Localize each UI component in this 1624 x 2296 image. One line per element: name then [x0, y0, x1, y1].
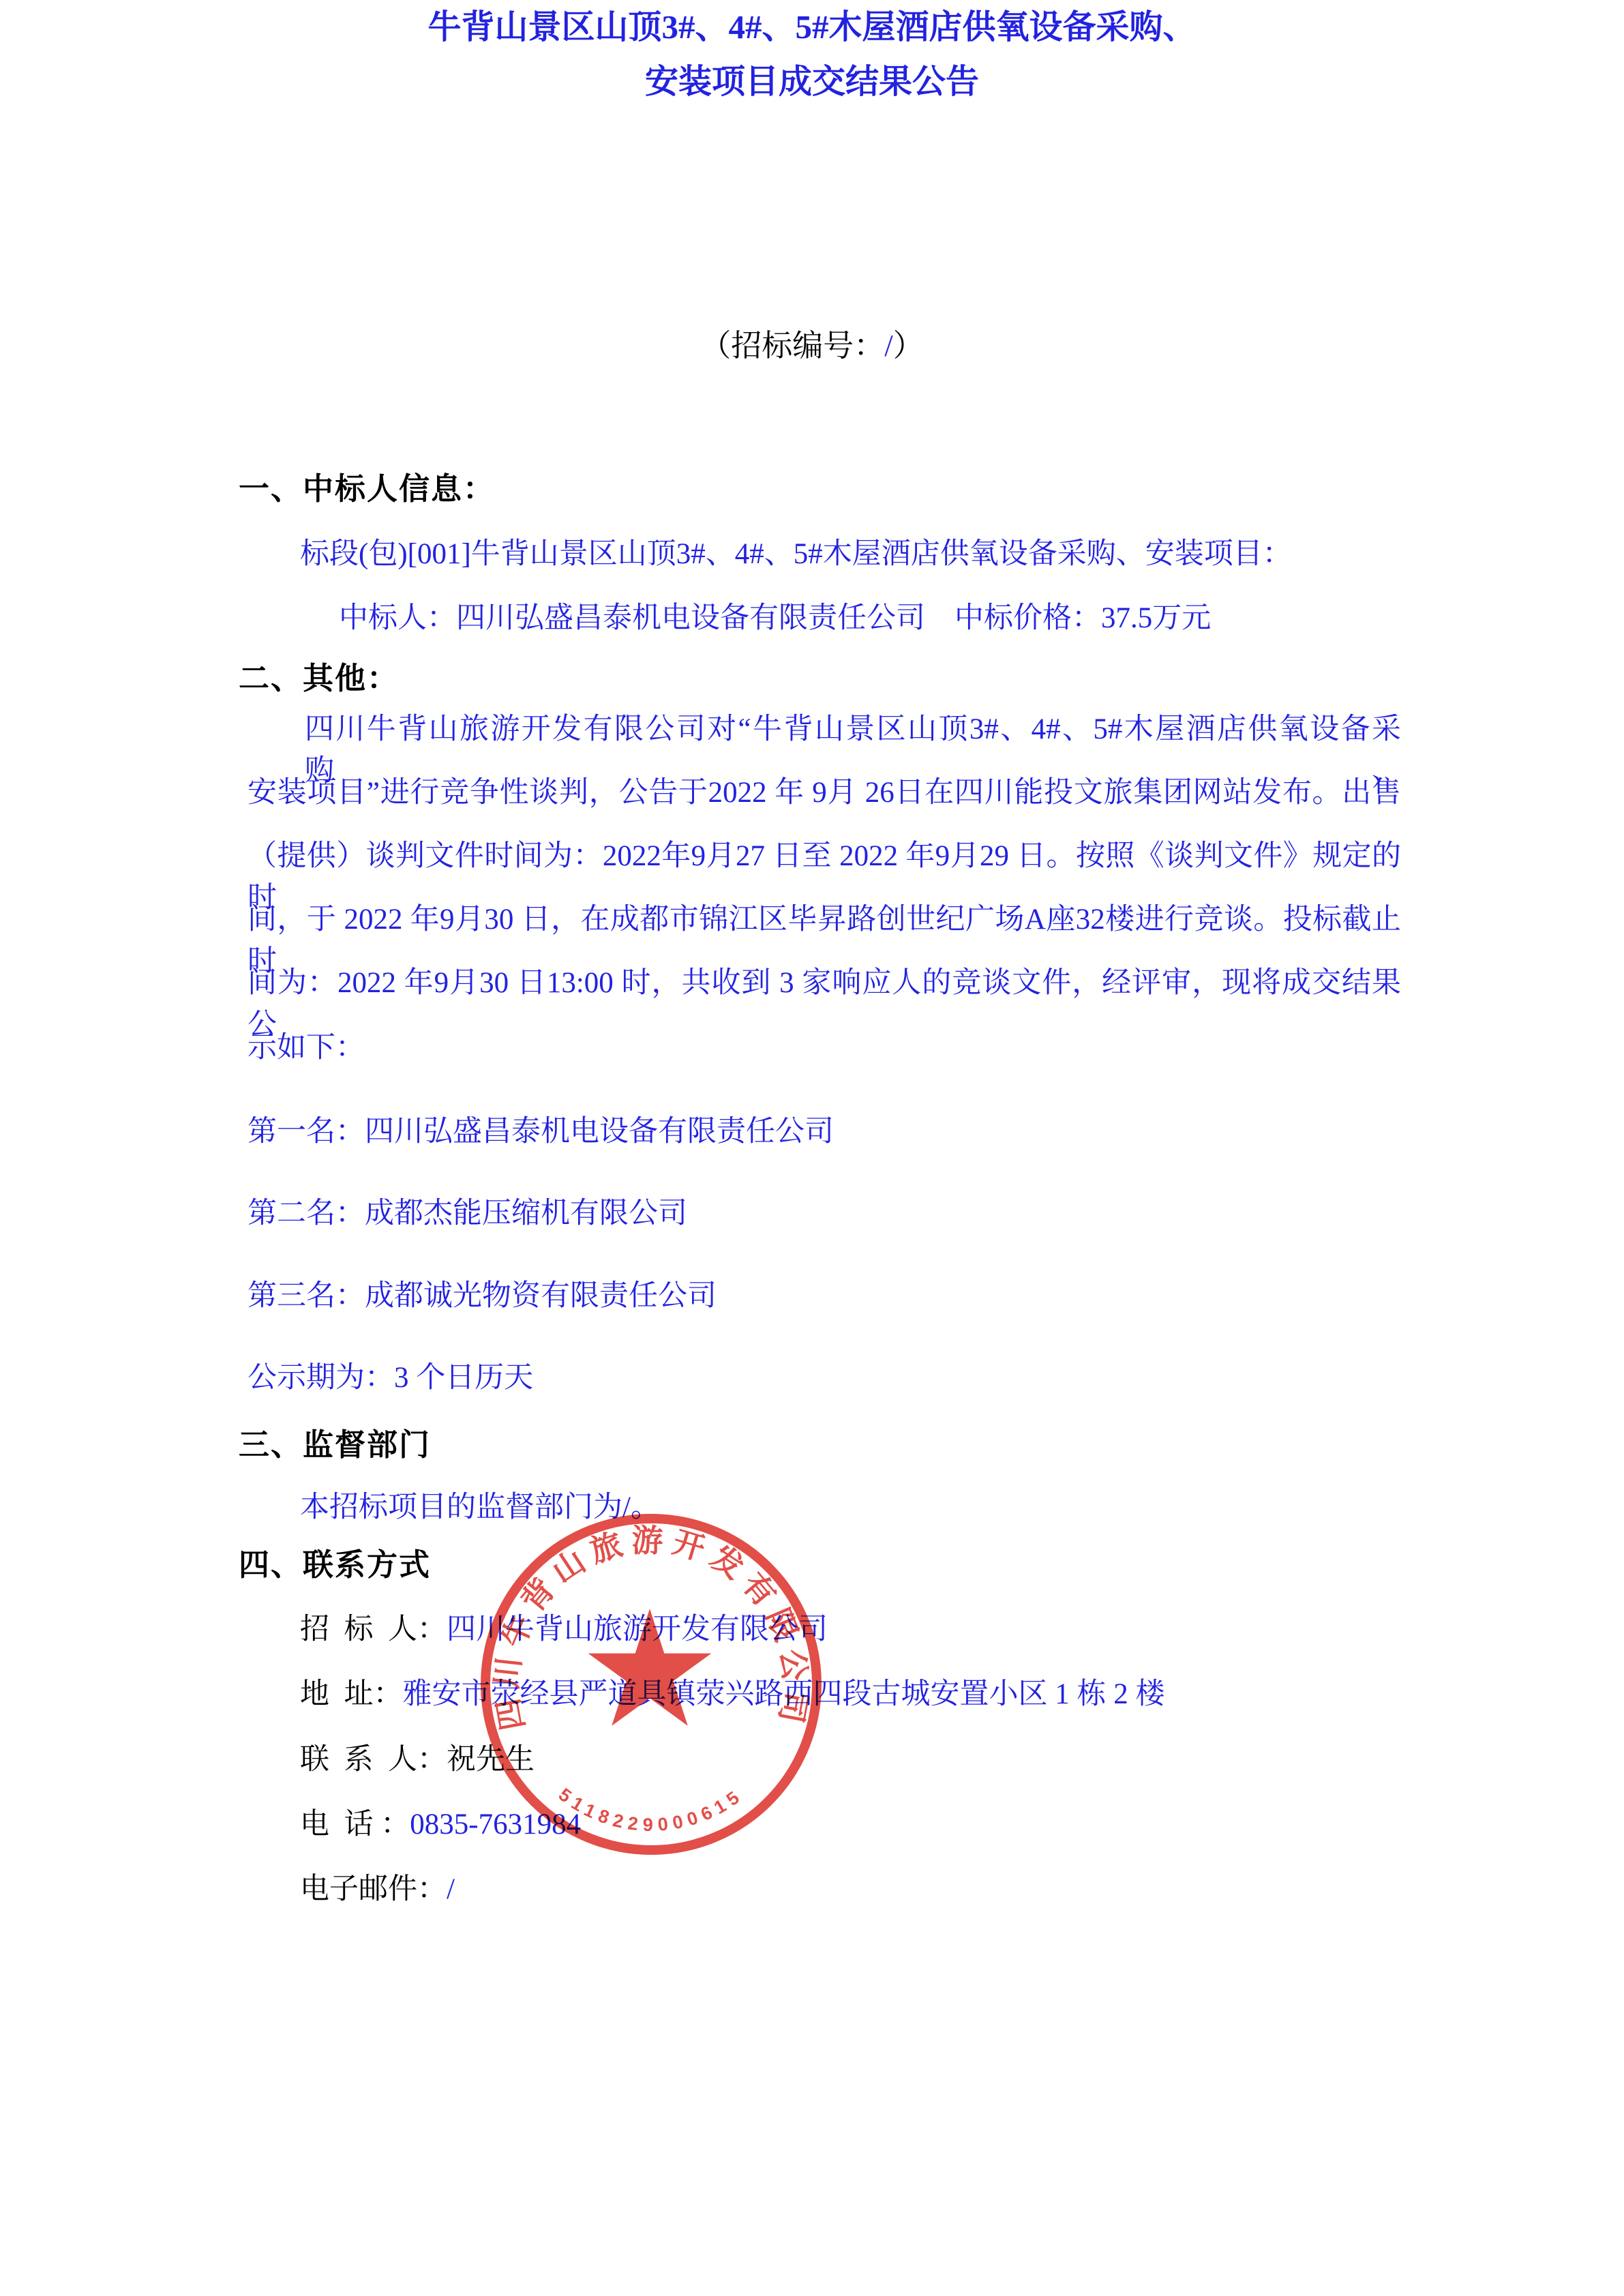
title-line-1: 牛背山景区山顶3#、4#、5#木屋酒店供氧设备采购、 [0, 0, 1624, 55]
section-4-heading: 四、联系方式 [239, 1540, 431, 1584]
publicity-period-line: 公示期为：3 个日历天 [247, 1354, 533, 1396]
title-line-2: 安装项目成交结果公告 [0, 55, 1624, 109]
paragraph-line: 示如下： [247, 1024, 365, 1066]
seal-number-arc-text: 5118229000615 [555, 1784, 747, 1835]
contact-label: 招 标 人： [300, 1613, 447, 1645]
bid-number-line: （招标编号：/） [0, 320, 1624, 365]
contact-label: 电子邮件： [300, 1873, 447, 1905]
lot-info-line: 标段(包)[001]牛背山景区山顶3#、4#、5#木屋酒店供氧设备采购、安装项目… [300, 531, 1292, 572]
company-seal-stamp: 四川牛背山旅游开发有限公司 5118229000615 [474, 1507, 828, 1862]
document-title: 牛背山景区山顶3#、4#、5#木屋酒店供氧设备采购、 安装项目成交结果公告 [0, 0, 1624, 109]
bid-number-prefix: （招标编号： [700, 329, 884, 363]
paragraph-line: 间为：2022 年9月30 日13:00 时，共收到 3 家响应人的竞谈文件，经… [247, 959, 1401, 1043]
rank-line-2: 第二名：成都杰能压缩机有限公司 [247, 1190, 687, 1232]
paragraph-line: 安装项目”进行竞争性谈判，公告于2022 年 9月 26日在四川能投文旅集团网站… [247, 769, 1401, 811]
section-2-heading: 二、其他： [239, 653, 399, 698]
section-3-heading: 三、监督部门 [239, 1420, 431, 1464]
section-1-heading: 一、中标人信息： [239, 464, 495, 508]
red-star-icon [588, 1609, 712, 1726]
contact-label: 电 话 ： [300, 1808, 410, 1840]
contact-label: 联 系 人： [300, 1744, 447, 1776]
bid-number-suffix: ） [893, 329, 924, 363]
winner-info-line: 中标人：四川弘盛昌泰机电设备有限责任公司 中标价格：37.5万元 [339, 595, 1211, 636]
document-page: 牛背山景区山顶3#、4#、5#木屋酒店供氧设备采购、 安装项目成交结果公告 （招… [0, 0, 1624, 2296]
contact-value: / [447, 1873, 455, 1905]
contact-label: 地 址： [300, 1678, 403, 1710]
rank-line-1: 第一名：四川弘盛昌泰机电设备有限责任公司 [247, 1108, 834, 1150]
rank-line-3: 第三名：成都诚光物资有限责任公司 [247, 1272, 717, 1314]
contact-row-email: 电子邮件：/ [300, 1866, 455, 1907]
bid-number-value: / [884, 329, 893, 363]
